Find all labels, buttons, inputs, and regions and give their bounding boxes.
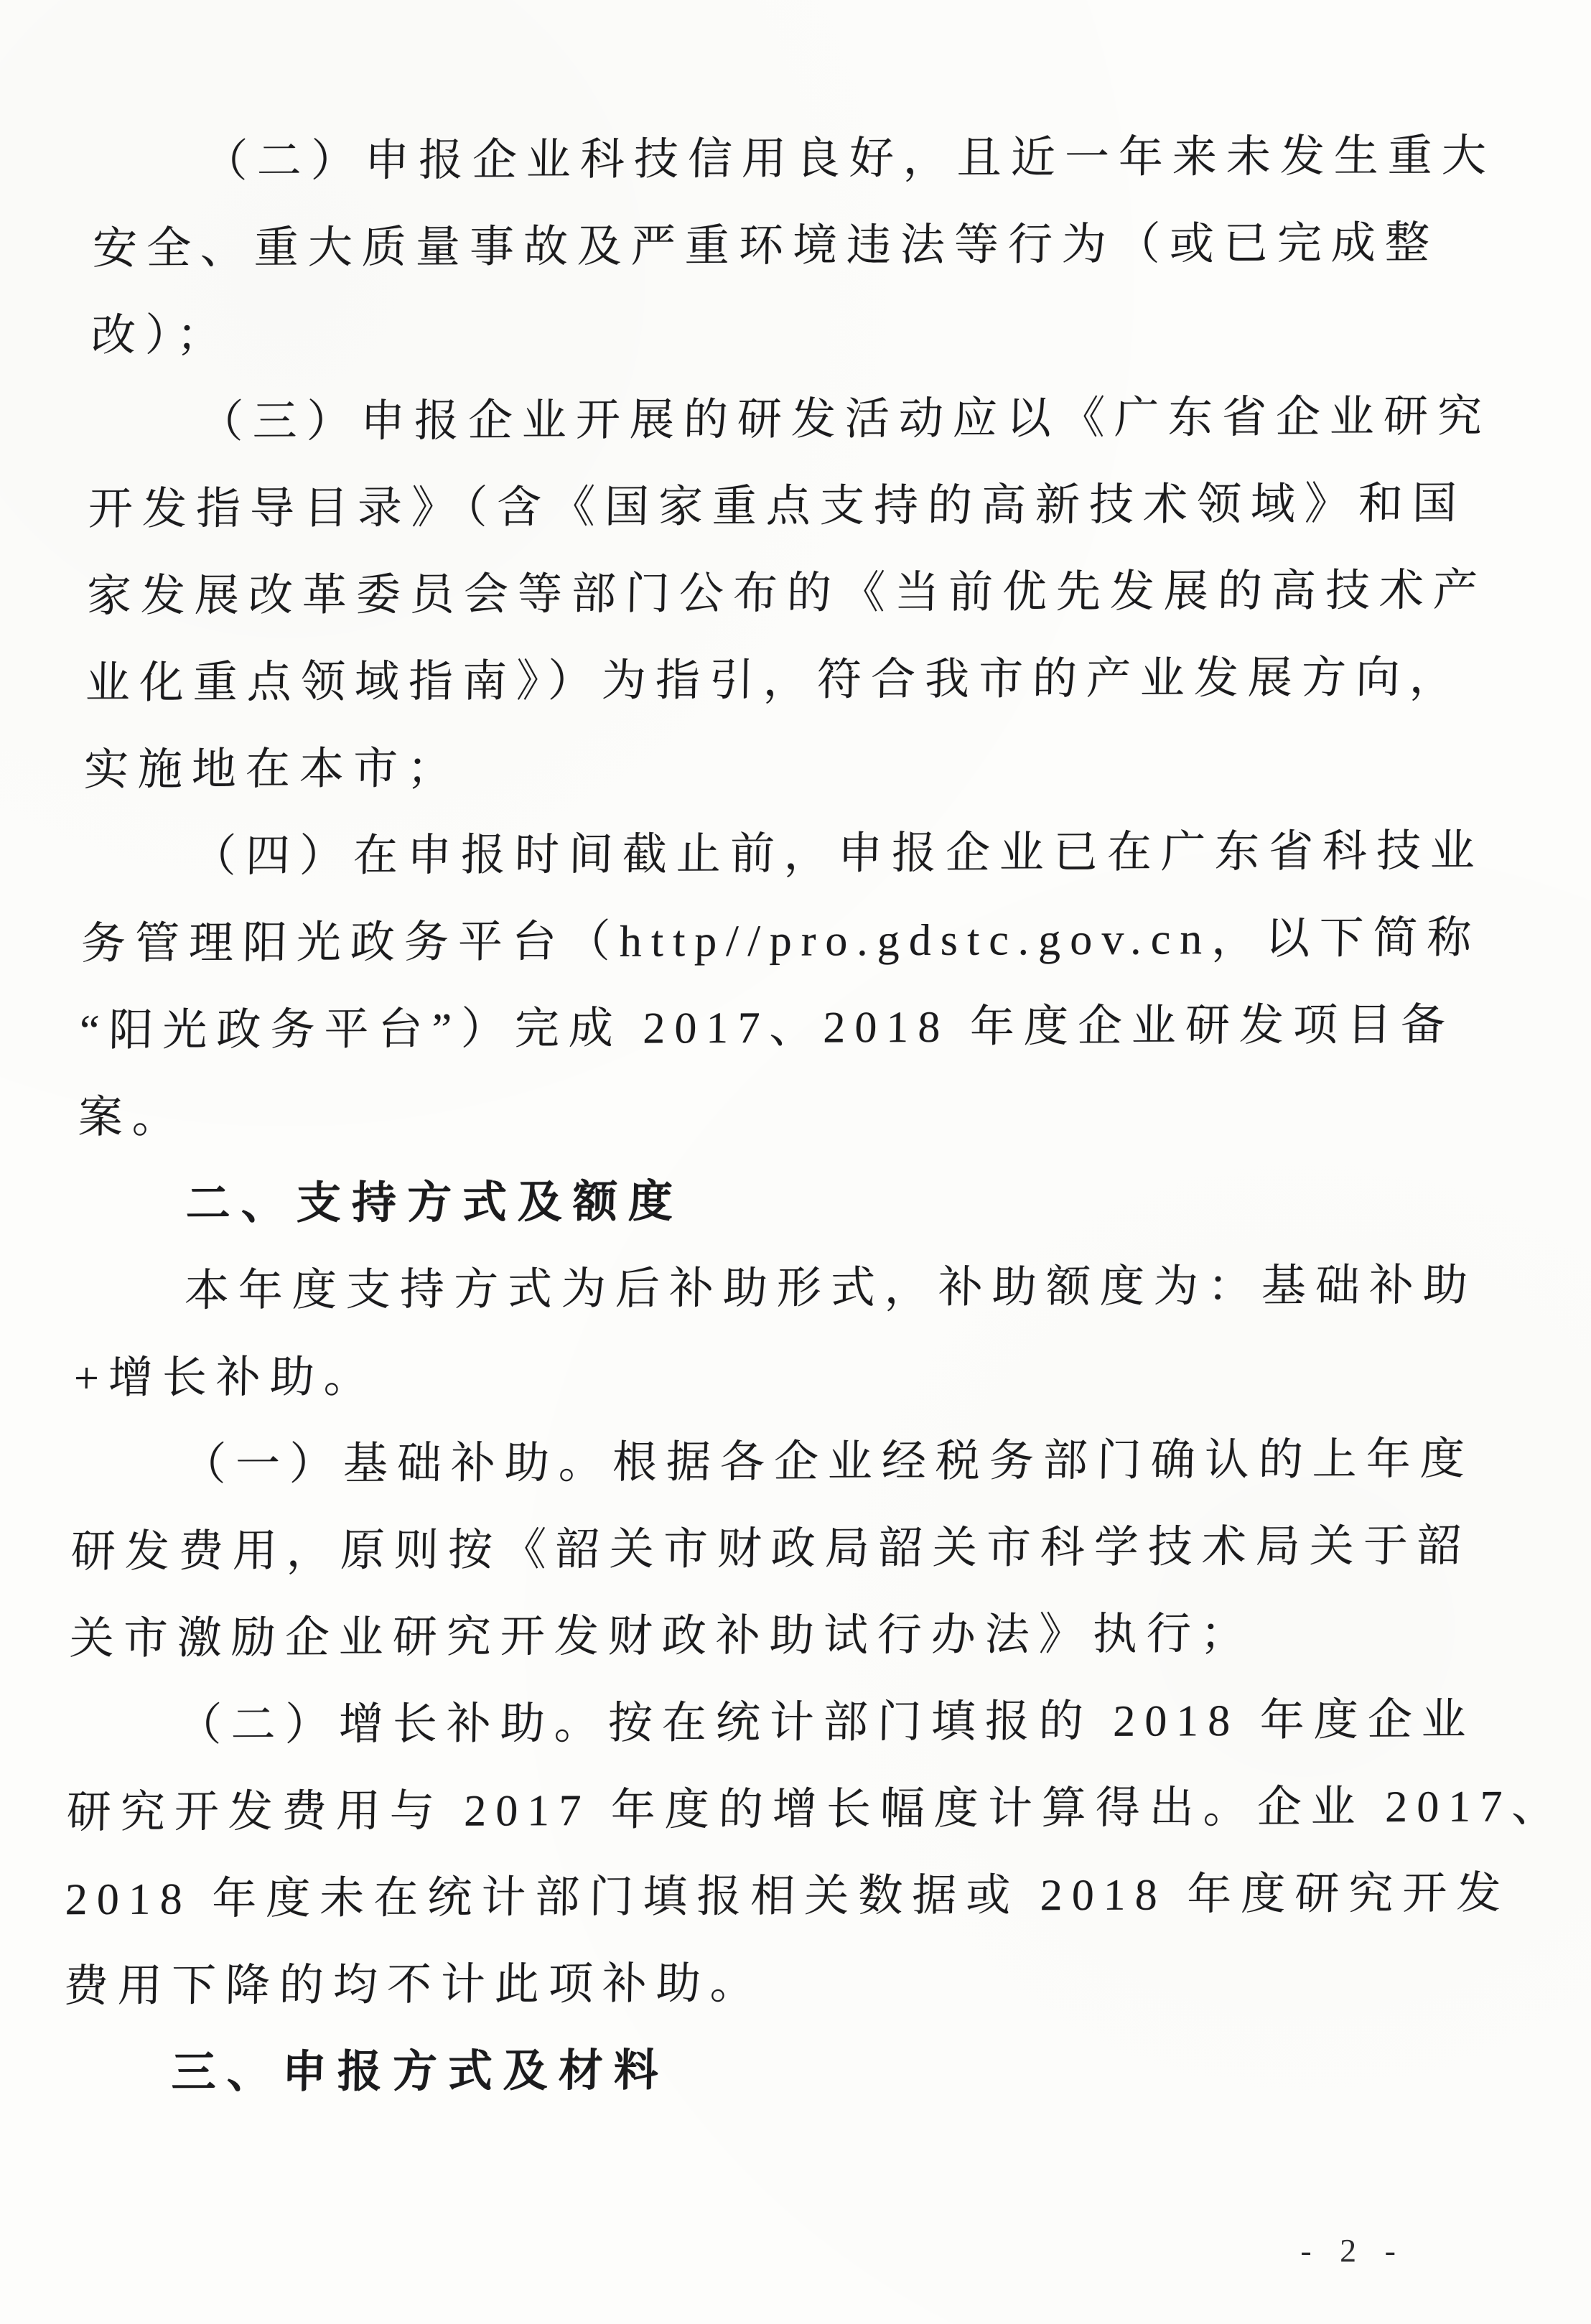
text-line: 研发费用，原则按《韶关市财政局韶关市科学技术局关于韶: [70, 1503, 1390, 1596]
section-heading-line: 三、申报方式及材料: [62, 2025, 1381, 2117]
text-line: 安全、重大质量事故及严重环境违法等行为（或已完成整: [92, 200, 1412, 293]
text-line: 改）；: [90, 287, 1410, 380]
section-heading-line: 二、支持方式及额度: [76, 1156, 1396, 1249]
text-line: 业化重点领域指南》）为指引，符合我市的产业发展方向，: [85, 635, 1404, 727]
text-line: “阳光政务平台”）完成 2017、2018 年度企业研发项目备: [79, 982, 1399, 1075]
text-line: 关市激励企业研究开发财政补助试行办法》执行；: [69, 1590, 1389, 1683]
text-line: （二）增长补助。按在统计部门填报的 2018 年度企业: [67, 1677, 1387, 1770]
text-line: 费用下降的均不计此项补助。: [63, 1938, 1383, 2030]
text-line: 研究开发费用与 2017 年度的增长幅度计算得出。企业 2017、: [66, 1764, 1386, 1857]
text-line: 务管理阳光政务平台（http//pro.gdstc.gov.cn，以下简称: [80, 895, 1400, 988]
text-line: 2018 年度未在统计部门填报相关数据或 2018 年度研究开发: [65, 1851, 1384, 1943]
page-number: - 2 -: [1300, 2231, 1406, 2269]
text-line: （一）基础补助。根据各企业经税务部门确认的上年度: [72, 1417, 1391, 1509]
text-line: （二）申报企业科技信用良好，且近一年来未发生重大: [93, 113, 1413, 206]
text-line: （三）申报企业开展的研发活动应以《广东省企业研究: [89, 374, 1409, 467]
text-line: 本年度支持方式为后补助形式，补助额度为：基础补助: [75, 1243, 1394, 1335]
text-line: +增长补助。: [73, 1330, 1393, 1422]
document-body: （二）申报企业科技信用良好，且近一年来未发生重大安全、重大质量事故及严重环境违法…: [62, 113, 1413, 2117]
text-line: 开发指导目录》（含《国家重点支持的高新技术领域》和国: [88, 461, 1407, 554]
text-line: 家发展改革委员会等部门公布的《当前优先发展的高技术产: [86, 548, 1406, 640]
text-line: 实施地在本市；: [83, 722, 1403, 814]
document-page: { "document": { "lines": [ {"text": "（二）…: [0, 0, 1591, 2324]
text-line: （四）在申报时间截止前，申报企业已在广东省科技业: [82, 808, 1401, 901]
text-line: 案。: [78, 1069, 1397, 1162]
